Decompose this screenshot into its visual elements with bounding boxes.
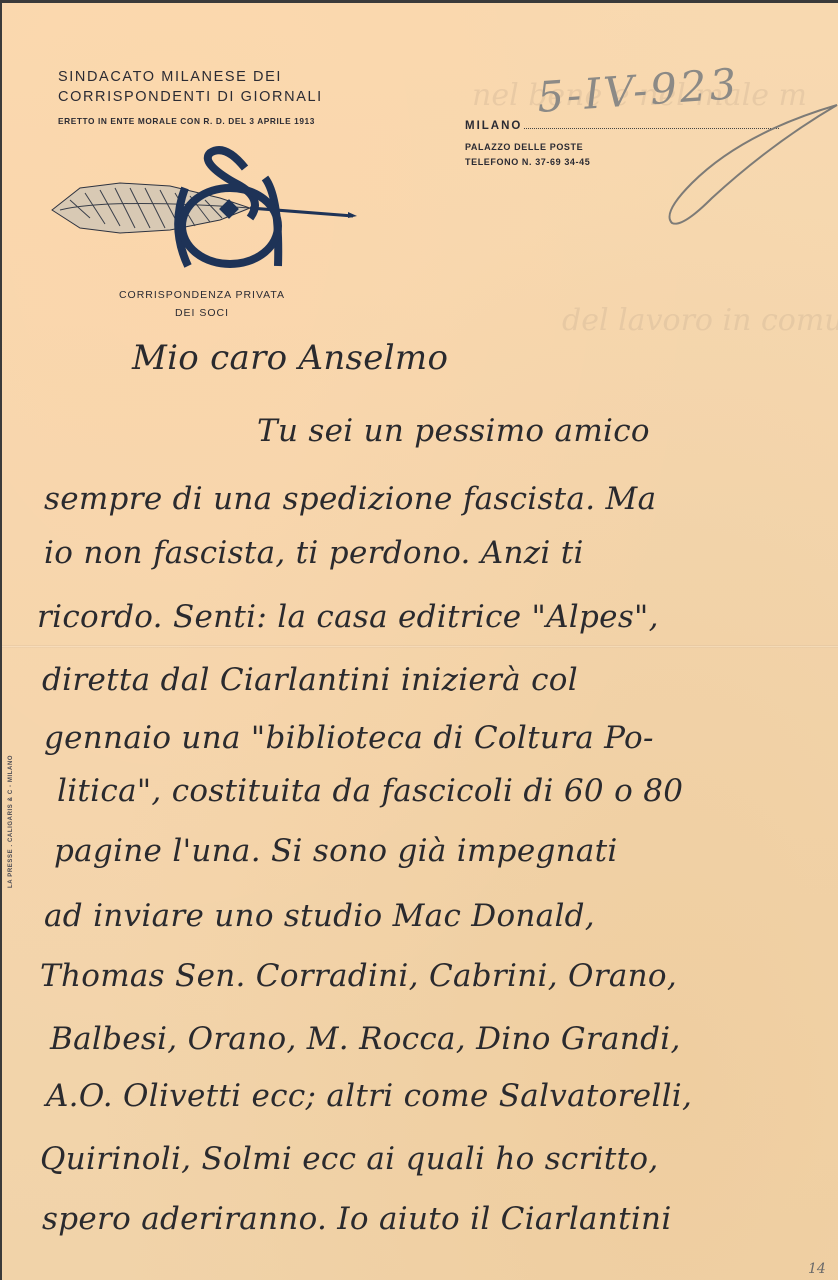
pencil-mark-icon <box>652 103 838 233</box>
letter-sheet: nel bene e nel male m del lavoro in comu… <box>2 3 838 1280</box>
body-line: diretta dal Ciarlantini inizierà col <box>42 662 824 698</box>
page-number: 14 <box>808 1261 826 1277</box>
body-line: litica", costituita da fascicoli di 60 o… <box>57 773 824 809</box>
motto-line-1: CORRISPONDENZA PRIVATA <box>102 286 302 304</box>
org-line-1: SINDACATO MILANESE DEI <box>58 67 323 87</box>
bleed-through: del lavoro in comune <box>562 303 838 338</box>
body-line: Thomas Sen. Corradini, Cabrini, Orano, <box>40 958 824 994</box>
letterhead-subtitle: ERETTO IN ENTE MORALE CON R. D. DEL 3 AP… <box>58 116 315 126</box>
body-line: ad inviare uno studio Mac Donald, <box>44 898 824 934</box>
body-line: Balbesi, Orano, M. Rocca, Dino Grandi, <box>50 1021 824 1057</box>
org-line-2: CORRISPONDENTI DI GIORNALI <box>58 87 323 107</box>
body-line: spero aderiranno. Io aiuto il Ciarlantin… <box>42 1201 824 1237</box>
body-line: pagine l'una. Si sono già impegnati <box>54 833 824 869</box>
city-label: MILANO <box>465 120 522 132</box>
body-line: Quirinoli, Solmi ecc ai quali ho scritto… <box>40 1141 824 1177</box>
salutation: Mio caro Anselmo <box>132 338 824 378</box>
body-line: gennaio una "biblioteca di Coltura Po- <box>44 720 824 756</box>
body-line: io non fascista, ti perdono. Anzi ti <box>44 535 824 571</box>
body-line: A.O. Olivetti ecc; altri come Salvatorel… <box>46 1078 824 1114</box>
printer-mark: LA PRESSE . CALIGARIS & C - MILANO <box>8 755 14 888</box>
motto-line-2: DEI SOCI <box>102 304 302 322</box>
body-line: ricordo. Senti: la casa editrice "Alpes"… <box>37 599 824 635</box>
letterhead-org: SINDACATO MILANESE DEI CORRISPONDENTI DI… <box>58 67 323 107</box>
quill-monogram-icon <box>50 138 360 273</box>
paper-fold <box>2 645 838 648</box>
body-line: Tu sei un pessimo amico <box>257 413 824 449</box>
body-line: sempre di una spedizione fascista. Ma <box>44 481 824 517</box>
letterhead-motto: CORRISPONDENZA PRIVATA DEI SOCI <box>102 286 302 322</box>
